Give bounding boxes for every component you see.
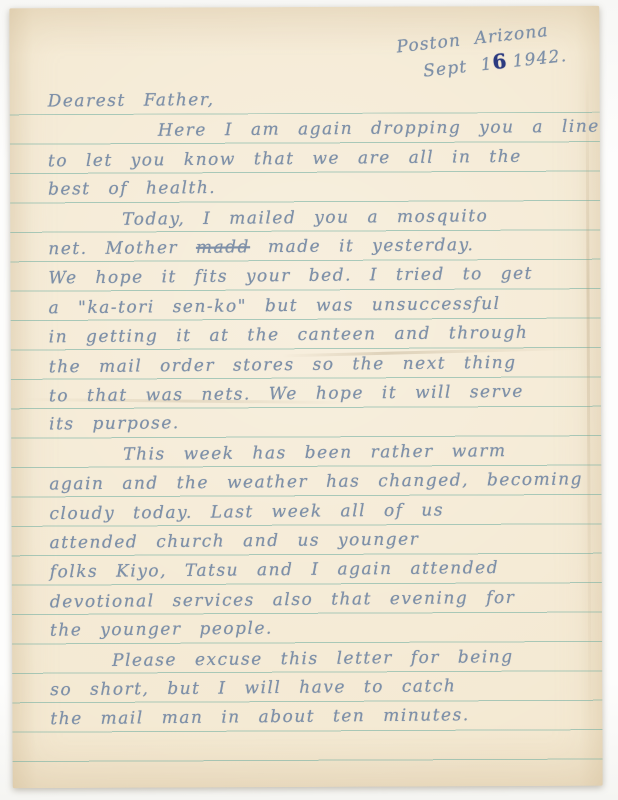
letter-line: to let you know that we are all in the bbox=[48, 147, 522, 179]
struck-word: madd bbox=[196, 237, 250, 258]
line-text: Dearest Father, bbox=[48, 90, 215, 112]
letter-line: to that was nets. We hope it will serve bbox=[49, 382, 524, 414]
line-text: to that was nets. We hope it will serve bbox=[49, 382, 524, 407]
letter-line: We hope it fits your bed. I tried to get bbox=[48, 264, 533, 296]
letter-line: again and the weather has changed, becom… bbox=[49, 470, 583, 502]
line-text: the mail man in about ten minutes. bbox=[50, 706, 470, 730]
line-text: This week has been rather warm bbox=[123, 441, 507, 465]
letter-line: net. Mother madd made it yesterday. bbox=[48, 235, 474, 266]
line-text: folks Kiyo, Tatsu and I again attended bbox=[50, 558, 499, 582]
line-text: cloudy today. Last week all of us bbox=[49, 500, 444, 524]
letter-line: Today, I mailed you a mosquito bbox=[122, 206, 488, 237]
letter-body: Dearest Father,Here I am again dropping … bbox=[9, 6, 602, 789]
letter-line: the younger people. bbox=[50, 619, 273, 648]
scan-background: Poston Arizona Sept 161942. Dearest Fath… bbox=[0, 0, 618, 800]
line-text: again and the weather has changed, becom… bbox=[49, 470, 583, 495]
letter-line: a "ka-tori sen-ko" but was unsuccessful bbox=[48, 294, 500, 325]
line-text: attended church and us younger bbox=[50, 530, 420, 554]
line-text: so short, but I will have to catch bbox=[50, 676, 456, 700]
letter-line: its purpose. bbox=[49, 414, 180, 442]
line-text: made it yesterday. bbox=[250, 235, 475, 257]
line-text: Please excuse this letter for being bbox=[112, 647, 514, 671]
line-text: to let you know that we are all in the bbox=[48, 147, 522, 172]
line-text: We hope it fits your bed. I tried to get bbox=[48, 264, 533, 289]
letter-paper: Poston Arizona Sept 161942. Dearest Fath… bbox=[9, 6, 602, 789]
letter-line: the mail man in about ten minutes. bbox=[50, 706, 470, 737]
letter-line: Here I am again dropping you a line bbox=[158, 117, 600, 148]
letter-line: Dearest Father, bbox=[48, 90, 215, 119]
letter-line: cloudy today. Last week all of us bbox=[49, 500, 444, 531]
line-text: the younger people. bbox=[50, 619, 273, 641]
letter-line: folks Kiyo, Tatsu and I again attended bbox=[50, 558, 500, 589]
line-text: its purpose. bbox=[49, 414, 180, 435]
line-text: Here I am again dropping you a line bbox=[158, 117, 600, 141]
line-text: net. Mother bbox=[48, 238, 196, 259]
letter-line: attended church and us younger bbox=[50, 530, 420, 561]
letter-line: This week has been rather warm bbox=[123, 441, 507, 472]
line-text: devotional services also that evening fo… bbox=[50, 588, 516, 612]
line-text: best of health. bbox=[48, 178, 216, 200]
line-text: Today, I mailed you a mosquito bbox=[122, 206, 488, 230]
letter-line: so short, but I will have to catch bbox=[50, 676, 456, 707]
letter-line: devotional services also that evening fo… bbox=[50, 588, 516, 619]
line-text: in getting it at the canteen and through bbox=[49, 323, 529, 348]
letter-line: in getting it at the canteen and through bbox=[49, 323, 529, 355]
line-text: a "ka-tori sen-ko" but was unsuccessful bbox=[48, 294, 500, 318]
letter-line: the mail order stores so the next thing bbox=[49, 352, 517, 383]
letter-line: best of health. bbox=[48, 178, 216, 207]
line-text: the mail order stores so the next thing bbox=[49, 352, 517, 376]
letter-line: Please excuse this letter for being bbox=[112, 647, 514, 678]
